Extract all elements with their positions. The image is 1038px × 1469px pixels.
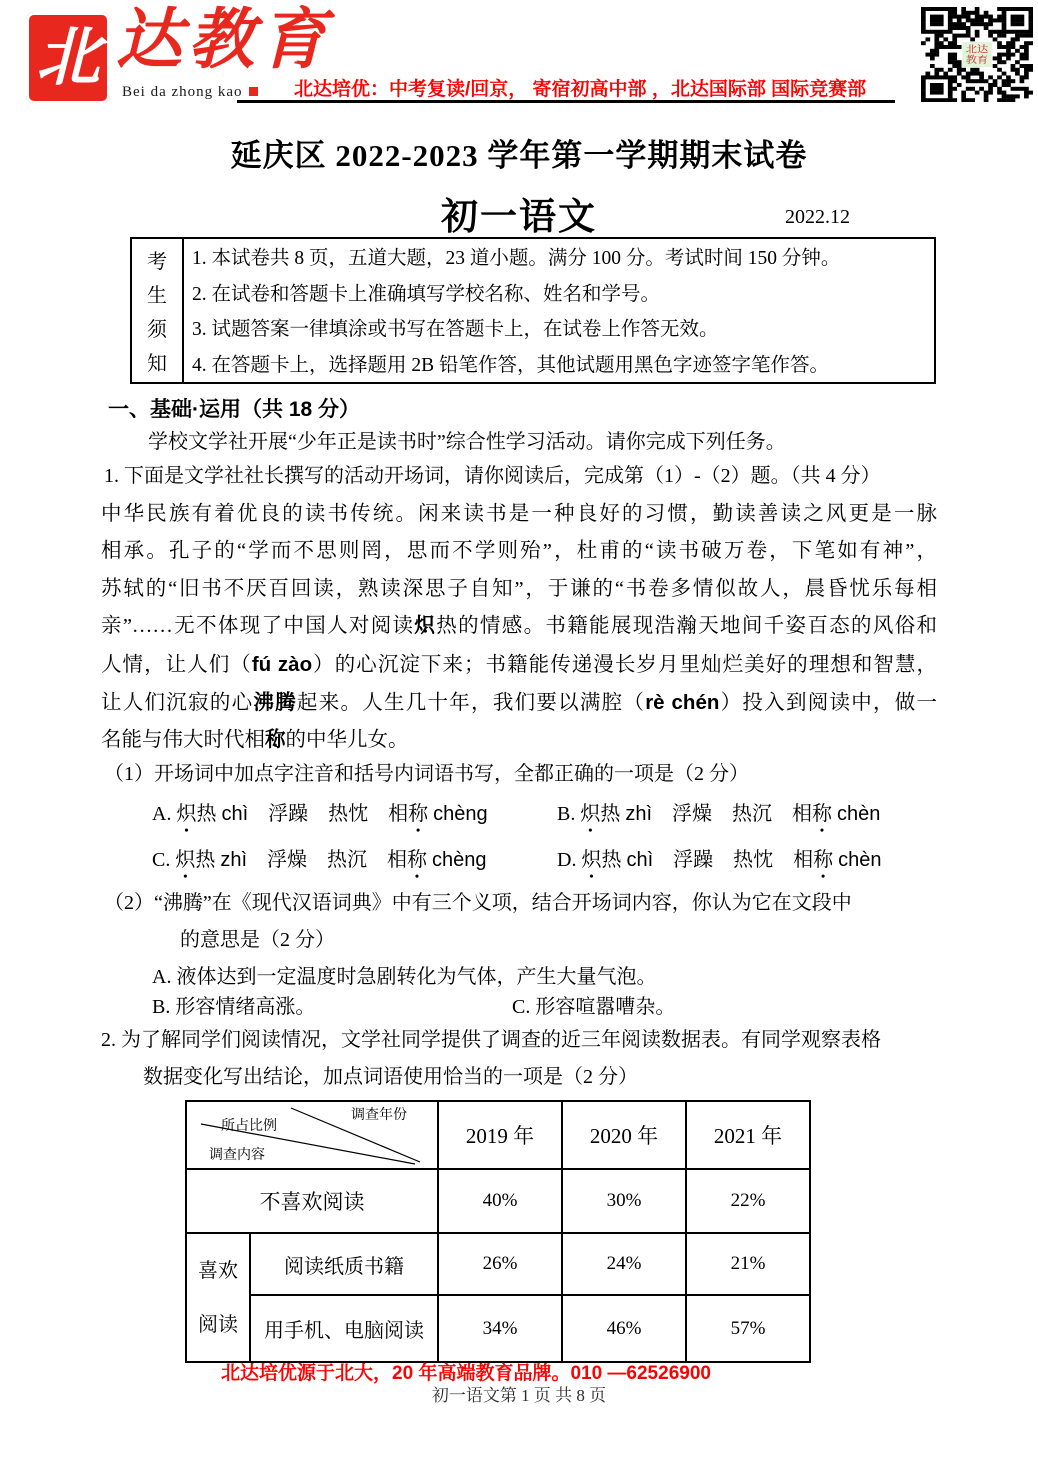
seal-character: 北 xyxy=(36,26,100,90)
question2-stem-line2: 数据变化写出结论，加点词语使用恰当的一项是（2 分） xyxy=(143,1060,638,1089)
table-row: 喜欢 阅读 阅读纸质书籍 26% 24% 21% xyxy=(186,1233,810,1295)
table-row: 不喜欢阅读 40% 30% 22% xyxy=(186,1169,810,1233)
candidate-notice-box: 考 生 须 知 1. 本试卷共 8 页，五道大题，23 道小题。满分 100 分… xyxy=(130,237,936,384)
question1-2-stem-line2: 的意思是（2 分） xyxy=(180,923,335,952)
passage-line: 人情，让人们（fú zào）的心沉淀下来；书籍能传递漫长岁月里灿烂美好的理想和智… xyxy=(101,646,937,684)
option-d: D. 炽热 chì 浮躁 热忱 相称 chèn xyxy=(557,843,882,872)
notice-item: 4. 在答题卡上，选择题用 2B 铅笔作答，其他试题用黑色字迹签字笔作答。 xyxy=(192,348,928,384)
option-b: B. 炽热 zhì 浮燥 热沉 相称 chèn xyxy=(557,797,880,826)
exam-paper-page: 北 达教育 Bei da zhong kao 北达培优：中考复读/回京， 寄宿初… xyxy=(0,0,1038,1469)
cell-value: 34% xyxy=(438,1295,562,1362)
cell-value: 40% xyxy=(438,1169,562,1233)
corner-label-ratio: 所占比例 xyxy=(221,1115,277,1135)
brand-pinyin-text: Bei da zhong kao xyxy=(122,84,258,101)
header-divider xyxy=(237,100,895,103)
cell-value: 22% xyxy=(686,1169,810,1233)
option-c: C. 形容喧嚣嘈杂。 xyxy=(512,990,675,1019)
row-label: 阅读纸质书籍 xyxy=(250,1233,438,1295)
passage-line: 相承。孔子的“学而不思则罔，思而不学则殆”，杜甫的“读书破万卷，下笔如有神”， xyxy=(101,533,937,570)
notice-item: 3. 试题答案一律填涂或书写在答题卡上，在试卷上作答无效。 xyxy=(192,312,928,348)
svg-text:教育: 教育 xyxy=(966,54,988,66)
notice-side-label: 考 生 须 知 xyxy=(132,239,184,382)
option-b: B. 形容情绪高涨。 xyxy=(152,990,315,1019)
passage-line: 名能与伟大时代相称的中华儿女。 xyxy=(101,722,937,759)
passage-line: 亲”……无不体现了中国人对阅读炽热的情感。书籍能展现浩瀚天地间千姿百态的风俗和 xyxy=(101,608,937,645)
notice-item: 2. 在试卷和答题卡上准确填写学校名称、姓名和学号。 xyxy=(192,277,928,313)
corner-label-year: 调查年份 xyxy=(351,1107,407,1122)
reading-passage: 中华民族有着优良的读书传统。闲来读书是一种良好的习惯，勤读善读之风更是一脉 相承… xyxy=(101,496,937,760)
section-intro: 学校文学社开展“少年正是读书时”综合性学习活动。请你完成下列任务。 xyxy=(148,425,786,454)
question1-stem: 1. 下面是文学社社长撰写的活动开场词，请你阅读后，完成第（1）-（2）题。（共… xyxy=(104,459,881,488)
paper-title: 延庆区 2022-2023 学年第一学期期末试卷 xyxy=(0,130,1038,175)
question1-2-stem-line1: （2）“沸腾”在《现代汉语词典》中有三个义项，结合开场词内容，你认为它在文段中 xyxy=(104,886,852,915)
svg-text:北达: 北达 xyxy=(966,43,989,55)
cell-value: 57% xyxy=(686,1295,810,1362)
option-a: A. 炽热 chì 浮躁 热忱 相称 chèng xyxy=(152,797,488,826)
section-heading: 一、基础·运用（共 18 分） xyxy=(108,393,360,423)
passage-line: 中华民族有着优良的读书传统。闲来读书是一种良好的习惯，勤读善读之风更是一脉 xyxy=(101,496,937,533)
notice-item: 1. 本试卷共 8 页，五道大题，23 道小题。满分 100 分。考试时间 15… xyxy=(192,241,928,277)
paper-date: 2022.12 xyxy=(785,206,850,229)
page-number: 初一语文第 1 页 共 8 页 xyxy=(0,1381,1038,1406)
passage-line: 让人们沉寂的心沸腾起来。人生几十年，我们要以满腔（rè chén）投入到阅读中，… xyxy=(101,684,937,722)
cell-value: 46% xyxy=(562,1295,686,1362)
cell-value: 26% xyxy=(438,1233,562,1295)
qr-code: 北达教育 xyxy=(921,7,1033,102)
group-label: 喜欢 阅读 xyxy=(186,1233,250,1362)
notice-items: 1. 本试卷共 8 页，五道大题，23 道小题。满分 100 分。考试时间 15… xyxy=(184,239,934,382)
cell-value: 21% xyxy=(686,1233,810,1295)
cell-value: 24% xyxy=(562,1233,686,1295)
row-label: 不喜欢阅读 xyxy=(186,1169,438,1233)
corner-label-content: 调查内容 xyxy=(209,1144,265,1164)
survey-table: 所占比例 调查年份 调查内容 2019 年 2020 年 2021 年 不喜欢阅… xyxy=(185,1100,811,1363)
paper-subject: 初一语文 xyxy=(0,186,1038,240)
option-c: C. 炽热 zhì 浮燥 热沉 相称 chèng xyxy=(152,843,487,872)
passage-line: 苏轼的“旧书不厌百回读，熟读深思子自知”，于谦的“书卷多情似故人，晨昏忧乐每相 xyxy=(101,571,937,608)
table-corner-cell: 所占比例 调查年份 调查内容 xyxy=(186,1101,438,1169)
option-a: A. 液体达到一定温度时急剧转化为气体，产生大量气泡。 xyxy=(152,960,656,989)
header-tagline: 北达培优：中考复读/回京， 寄宿初高中部 ，北达国际部 国际竞赛部 xyxy=(294,74,866,101)
cell-value: 30% xyxy=(562,1169,686,1233)
question2-stem-line1: 2. 为了解同学们阅读情况，文学社同学提供了调查的近三年阅读数据表。有同学观察表… xyxy=(101,1023,881,1052)
year-header: 2021 年 xyxy=(686,1101,810,1169)
red-square-icon xyxy=(249,87,258,96)
brand-script-text: 达教育 xyxy=(116,8,332,74)
question1-1-stem: （1）开场词中加点字注音和括号内词语书写，全都正确的一项是（2 分） xyxy=(104,757,749,786)
row-label: 用手机、电脑阅读 xyxy=(250,1295,438,1362)
year-header: 2019 年 xyxy=(438,1101,562,1169)
brand-seal-logo: 北 xyxy=(26,12,110,104)
table-row: 用手机、电脑阅读 34% 46% 57% xyxy=(186,1295,810,1362)
year-header: 2020 年 xyxy=(562,1101,686,1169)
